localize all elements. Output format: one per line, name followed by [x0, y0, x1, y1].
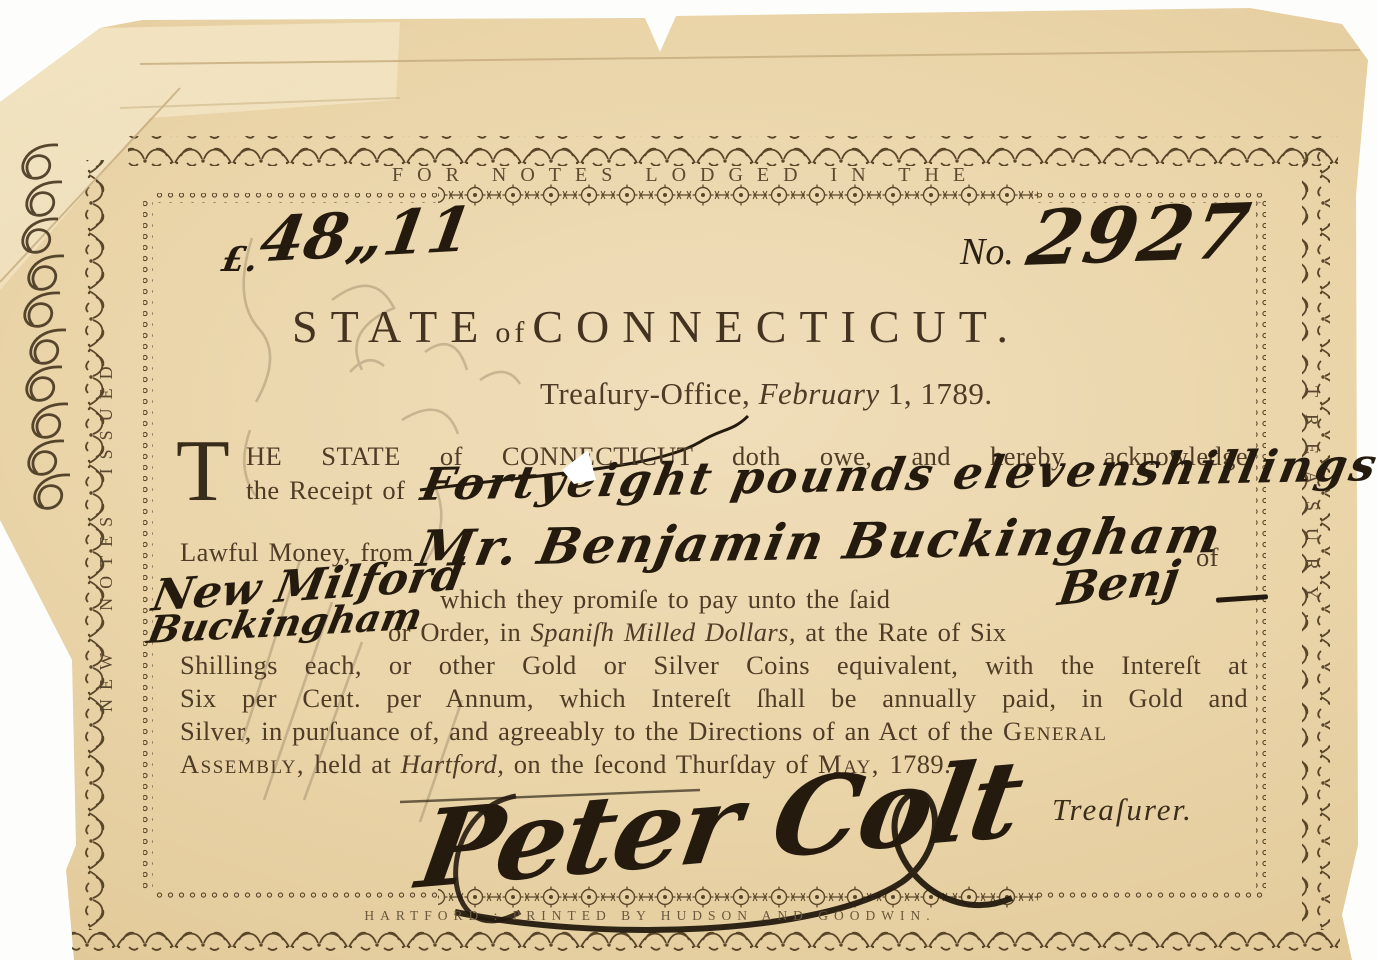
- border-bottom-garland: [72, 928, 1340, 958]
- office-date-line: Treaſury-Office, February 1, 1789.: [540, 376, 993, 412]
- line5-roman-b: at the Rate of Six: [805, 617, 1006, 647]
- office-name: Treaſury-Office,: [540, 376, 750, 411]
- paper-hole: [558, 448, 602, 486]
- left-vertical-text: NEW NOTES ISSUED: [96, 357, 117, 712]
- dot-chain-right: [1256, 200, 1266, 892]
- title-connecticut: CONNECTICUT.: [532, 301, 1021, 352]
- scanned-treasury-note: FOR NOTES LODGED IN THE NEW NOTES ISSUED…: [0, 0, 1378, 960]
- title-of: of: [495, 316, 528, 349]
- rosette-band-top: [438, 184, 1038, 210]
- left-edge-ink-loops: [23, 145, 70, 508]
- body-line-7: Six per Cent. per Annum, which Intereſt …: [180, 683, 1248, 714]
- border-top-garland: [128, 136, 1338, 166]
- amount-figures-hand: 48„11: [255, 193, 477, 277]
- body-line-5: or Order, in Spaniſh Milled Dollars, at …: [388, 617, 1007, 648]
- dot-chain-left: [143, 200, 153, 892]
- title-state: STATE: [292, 301, 491, 352]
- line5-italic: Spaniſh Milled Dollars,: [531, 617, 796, 647]
- line8-roman: Silver, in purſuance of, and agreeably t…: [180, 716, 993, 746]
- treasurer-title: Treaſurer.: [1052, 792, 1193, 828]
- body-line-4: which they promiſe to pay unto the ſaid: [440, 584, 890, 615]
- printer-imprint: HARTFORD : PRINTED BY HUDSON AND GOODWIN…: [200, 908, 1100, 924]
- body-line-6: Shillings each, or other Gold or Silver …: [180, 650, 1248, 681]
- dot-chain-bottom-left: [152, 892, 440, 902]
- top-banner-text: FOR NOTES LODGED IN THE: [392, 164, 979, 187]
- dot-chain-bottom-right: [1036, 892, 1264, 902]
- right-vertical-text: TREASURY.: [1301, 386, 1322, 635]
- document-title: STATE of CONNECTICUT.: [292, 300, 1021, 353]
- number-label: No.: [960, 230, 1014, 274]
- number-value-hand: 2927: [1021, 186, 1258, 283]
- body-line-2: the Receipt of: [246, 475, 405, 506]
- line9-italic: Hartford,: [401, 749, 504, 779]
- office-month: February: [759, 376, 880, 411]
- line9-roman-a: held at: [315, 749, 392, 779]
- line9-smallcaps: Assembly,: [180, 749, 305, 779]
- office-day-year: 1, 1789.: [888, 376, 993, 411]
- drop-cap: T: [176, 438, 230, 507]
